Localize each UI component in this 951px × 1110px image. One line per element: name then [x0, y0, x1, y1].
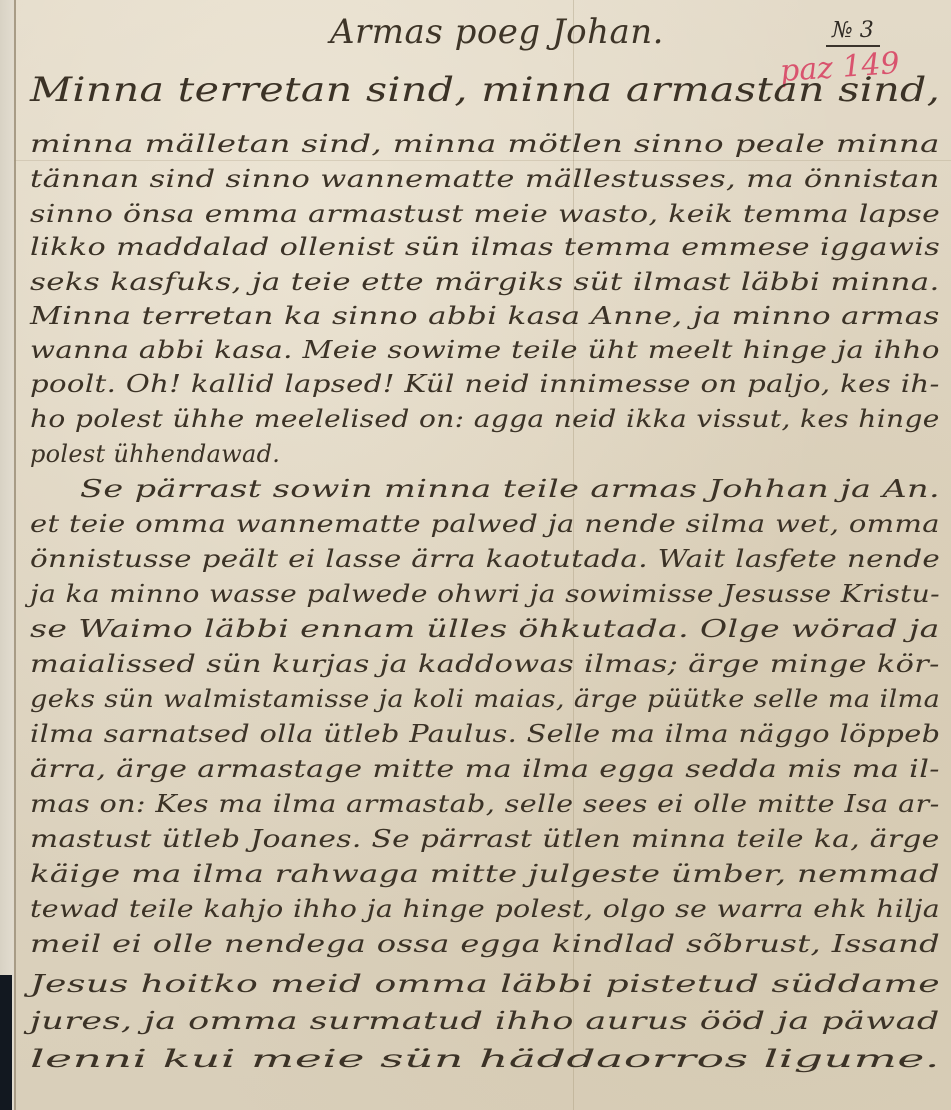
- manuscript-line: minna mälletan sind, minna mötlen sinno …: [30, 130, 940, 158]
- manuscript-line: jures, ja omma surmatud ihho aurus ööd j…: [30, 1007, 940, 1035]
- manuscript-line: käige ma ilma rahwaga mitte julgeste ümb…: [30, 860, 940, 888]
- manuscript-line: Minna terretan ka sinno abbi kasa Anne, …: [30, 302, 940, 330]
- manuscript-line: önnistusse peält ei lasse ärra kaotutada…: [30, 545, 940, 573]
- manuscript-line: et teie omma wannematte palwed ja nende …: [30, 510, 940, 538]
- manuscript-line: seks kasfuks, ja teie ette märgiks süt i…: [30, 268, 940, 296]
- manuscript-line: ärra, ärge armastage mitte ma ilma egga …: [30, 755, 940, 783]
- manuscript-line: poolt. Oh! kallid lapsed! Kül neid innim…: [30, 370, 940, 398]
- manuscript-line: tewad teile kahjo ihho ja hinge polest, …: [30, 895, 940, 923]
- manuscript-line: meil ei olle nendega ossa egga kindlad s…: [30, 930, 940, 958]
- manuscript-line: maialissed sün kurjas ja kaddowas ilmas;…: [30, 650, 940, 678]
- binding-shadow: [0, 975, 12, 1110]
- manuscript-line: ilma sarnatsed olla ütleb Paulus. Selle …: [30, 720, 940, 748]
- document-number-mark: № 3: [826, 18, 880, 47]
- manuscript-line: mastust ütleb Joanes. Se pärrast ütlen m…: [30, 825, 940, 853]
- manuscript-line: sinno önsa emma armastust meie wasto, ke…: [30, 200, 940, 228]
- manuscript-line: ja ka minno wasse palwede ohwri ja sowim…: [30, 580, 940, 608]
- manuscript-line: se Waimo läbbi ennam ülles öhkutada. Olg…: [30, 615, 940, 643]
- manuscript-line: tännan sind sinno wannematte mällestusse…: [30, 165, 940, 193]
- letter-salutation-title: Armas poeg Johan.: [330, 12, 664, 52]
- manuscript-line: geks sün walmistamisse ja koli maias, är…: [30, 685, 940, 713]
- manuscript-line: wanna abbi kasa. Meie sowime teile üht m…: [30, 336, 940, 364]
- manuscript-line: mas on: Kes ma ilma armastab, selle sees…: [30, 790, 940, 818]
- manuscript-line: ho polest ühhe meelelised on: agga neid …: [30, 405, 940, 433]
- manuscript-line: Minna terretan sind, minna armastan sind…: [30, 70, 940, 110]
- manuscript-line: Se pärrast sowin minna teile armas Johha…: [80, 475, 940, 503]
- manuscript-line: Jesus hoitko meid omma läbbi pistetud sü…: [30, 970, 940, 998]
- paper-fold-horizontal: [14, 160, 951, 161]
- manuscript-line: likko maddalad ollenist sün ilmas temma …: [30, 233, 940, 261]
- manuscript-line: polest ühhendawad.: [30, 440, 280, 468]
- manuscript-line: lenni kui meie sün häddaorros ligume.: [30, 1045, 940, 1073]
